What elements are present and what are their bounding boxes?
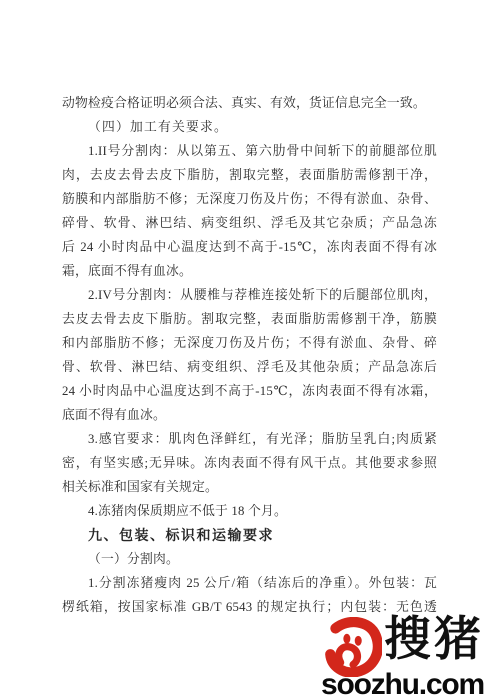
text-line: 3.感官要求：肌肉色泽鲜红，有光泽；脂肪呈乳白;肉质紧 (62, 427, 437, 451)
text-line: 肉，去皮去骨去皮下脂肪，割取完整，表面脂肪需修割干净， (62, 163, 437, 187)
text-line: 24 小时肉品中心温度达到不高于-15℃，冻肉表面不得有冰霜， (62, 379, 437, 403)
text-line: 去皮去骨去皮下脂肪。割取完整，表面脂肪需修割干净，筋膜 (62, 307, 437, 331)
watermark-brand-name: 搜猪 (384, 607, 484, 673)
text-line: 后 24 小时肉品中心温度达到不高于-15℃，冻肉表面不得有冰 (62, 235, 437, 259)
text-line: （四）加工有关要求。 (62, 115, 437, 139)
text-line: 2.IV号分割肉：从腰椎与荐椎连接处斩下的后腿部位肌肉， (62, 283, 437, 307)
text-line: 霜，底面不得有血冰。 (62, 259, 437, 283)
text-line: 底面不得有血冰。 (62, 403, 437, 427)
watermark-brand-url: soozhu.com (321, 670, 484, 700)
section-heading: 九、包装、标识和运输要求 (62, 523, 437, 547)
text-line: 密，有坚实感;无异味。冻肉表面不得有风干点。其他要求参照 (62, 451, 437, 475)
soozhu-watermark: 搜猪 soozhu.com (318, 613, 493, 698)
text-line: 1.II号分割肉：从以第五、第六肋骨中间斩下的前腿部位肌 (62, 139, 437, 163)
text-line: 相关标准和国家有关规定。 (62, 475, 437, 499)
document-page: 动物检疫合格证明必须合法、真实、有效，货证信息完全一致。（四）加工有关要求。1.… (0, 0, 494, 700)
text-line: 4.冻猪肉保质期应不低于 18 个月。 (62, 499, 437, 523)
text-line: 和内部脂肪不修；无深度刀伤及片伤；不得有淤血、杂骨、碎 (62, 331, 437, 355)
text-line: 骨、软骨、淋巴结、病变组织、浮毛及其他杂质；产品急冻后 (62, 355, 437, 379)
text-line: 动物检疫合格证明必须合法、真实、有效，货证信息完全一致。 (62, 91, 437, 115)
text-line: 碎骨、软骨、淋巴结、病变组织、浮毛及其它杂质；产品急冻 (62, 211, 437, 235)
document-lines: 动物检疫合格证明必须合法、真实、有效，货证信息完全一致。（四）加工有关要求。1.… (62, 91, 437, 619)
text-line: （一）分割肉。 (62, 547, 437, 571)
text-line: 筋膜和内部脂肪不修；无深度刀伤及片伤；不得有淤血、杂骨、 (62, 187, 437, 211)
text-line: 1.分割冻猪瘦肉 25 公斤/箱（结冻后的净重）。外包装：瓦 (62, 571, 437, 595)
